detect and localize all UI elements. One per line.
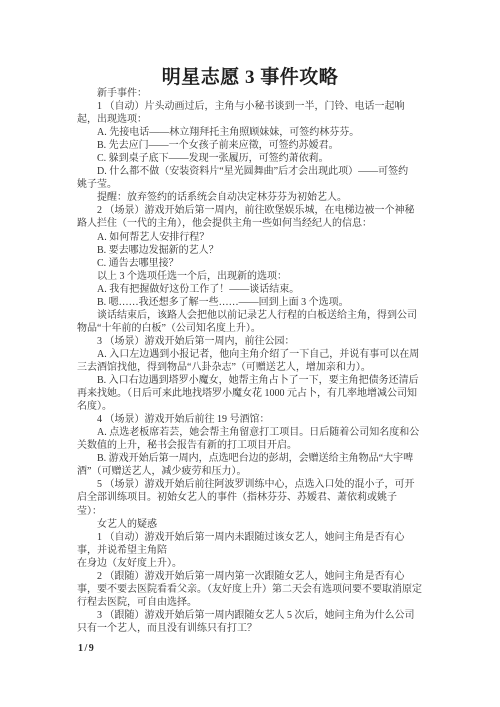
text-line: A. 如何帮艺人安排行程？ bbox=[77, 231, 427, 244]
text-line: 3 （场景）游戏开始后第一周内，前往公园： bbox=[77, 335, 427, 348]
text-line: 新手事件： bbox=[77, 87, 427, 100]
text-line: 酒”（可赠送艺人，减少疲劳和压力）。 bbox=[77, 465, 427, 478]
text-line: 提醒：放弃签约的话系统会自动决定林芬芬为初始艺人。 bbox=[77, 191, 427, 204]
text-line: 5 （场景）游戏开始后前往阿波罗训练中心，点选入口处的混小子，可开 bbox=[77, 478, 427, 491]
text-line: 只有一个艺人，而且没有训练只有打工？ bbox=[77, 622, 427, 635]
text-line: 4 （场景）游戏开始后前往 19 号酒馆： bbox=[77, 413, 427, 426]
text-line: 谈话结束后，该路人会把他以前记录艺人行程的白板送给主角，得到公司 bbox=[77, 309, 427, 322]
text-line: 以上 3 个选项任选一个后，出现新的选项： bbox=[77, 270, 427, 283]
text-line: 关数值的上升，秘书会报告有新的打工项目开启。 bbox=[77, 439, 427, 452]
document-body: 新手事件：1 （自动）片头动画过后，主角与小秘书谈到一半，门铃、电话一起响起，出… bbox=[77, 87, 427, 635]
text-line: 2 （跟随）游戏开始后第一周内第一次跟随女艺人，她问主角是否有心 bbox=[77, 570, 427, 583]
page-title: 明星志愿 3 事件攻略 bbox=[0, 62, 500, 89]
text-line: B. 先去应门——一个女孩子前来应徵，可签约苏嫒君。 bbox=[77, 139, 427, 152]
text-line: 起，出现选项： bbox=[77, 113, 427, 126]
text-line: 物品“十年前的白板”（公司知名度上升）。 bbox=[77, 322, 427, 335]
text-line: A. 点选老板席若芸，她会帮主角留意打工项目。日后随着公司知名度和公 bbox=[77, 426, 427, 439]
text-line: A. 我有把握做好这份工作了！——谈话结束。 bbox=[77, 283, 427, 296]
text-line: B. 要去哪边发掘新的艺人？ bbox=[77, 244, 427, 257]
text-line: 莹）： bbox=[77, 505, 427, 518]
page-number: 1/9 bbox=[78, 643, 95, 654]
text-line: 2 （场景）游戏开始后第一周内，前往欧堡娱乐城，在电梯边被一个神秘 bbox=[77, 204, 427, 217]
text-line: C. 通告去哪里接？ bbox=[77, 257, 427, 270]
text-line: 路人拦住（一代的主角），他会提供主角一些如何当经纪人的信息： bbox=[77, 217, 427, 230]
text-line: 1 （自动）游戏开始后第一周内未跟随过该女艺人，她问主角是否有心 bbox=[77, 531, 427, 544]
text-line: B. 嗯……我还想多了解一些……——回到上面 3 个选项。 bbox=[77, 296, 427, 309]
text-line: A. 先接电话——林立翔拜托主角照顾妹妹，可签约林芬芬。 bbox=[77, 126, 427, 139]
text-line: 事，要不要去医院看看父亲。（友好度上升）第二天会有选项问要不要取消原定 bbox=[77, 583, 427, 596]
text-line: A. 入口左边遇到小报记者，他向主角介绍了一下自己，并说有事可以在周 bbox=[77, 348, 427, 361]
text-line: 再来找她。（日后可来此地找塔罗小魔女花 1000 元占卜，有几率地增减公司知 bbox=[77, 387, 427, 400]
text-line: 事，并说希望主角陪 bbox=[77, 544, 427, 557]
text-line: 姚子莹。 bbox=[77, 178, 427, 191]
text-line: B. 入口右边遇到塔罗小魔女，她帮主角占卜了一下，要主角把债务还清后 bbox=[77, 374, 427, 387]
text-line: D. 什么都不做（安装资料片“星光圆舞曲”后才会出现此项）——可签约 bbox=[77, 165, 427, 178]
text-line: 在身边（友好度上升）。 bbox=[77, 557, 427, 570]
text-line: 启全部训练项目。初始女艺人的事件（指林芬芬、苏嫒君、萧依莉或姚子 bbox=[77, 491, 427, 504]
text-line: 女艺人的疑惑 bbox=[77, 518, 427, 531]
text-line: C. 躲到桌子底下——发现一张履历，可签约萧依莉。 bbox=[77, 152, 427, 165]
text-line: 三去酒馆找他，得到物品“八卦杂志”（可赠送艺人，增加亲和力）。 bbox=[77, 361, 427, 374]
text-line: 行程去医院，可自由选择。 bbox=[77, 596, 427, 609]
text-line: B. 游戏开始后第一周内，点选吧台边的彭胡，会赠送给主角物品“大宇啤 bbox=[77, 452, 427, 465]
text-line: 名度）。 bbox=[77, 400, 427, 413]
text-line: 1 （自动）片头动画过后，主角与小秘书谈到一半，门铃、电话一起响 bbox=[77, 100, 427, 113]
document-page: 明星志愿 3 事件攻略 新手事件：1 （自动）片头动画过后，主角与小秘书谈到一半… bbox=[0, 0, 500, 707]
text-line: 3 （跟随）游戏开始后第一周内跟随女艺人 5 次后，她问主角为什么公司 bbox=[77, 609, 427, 622]
